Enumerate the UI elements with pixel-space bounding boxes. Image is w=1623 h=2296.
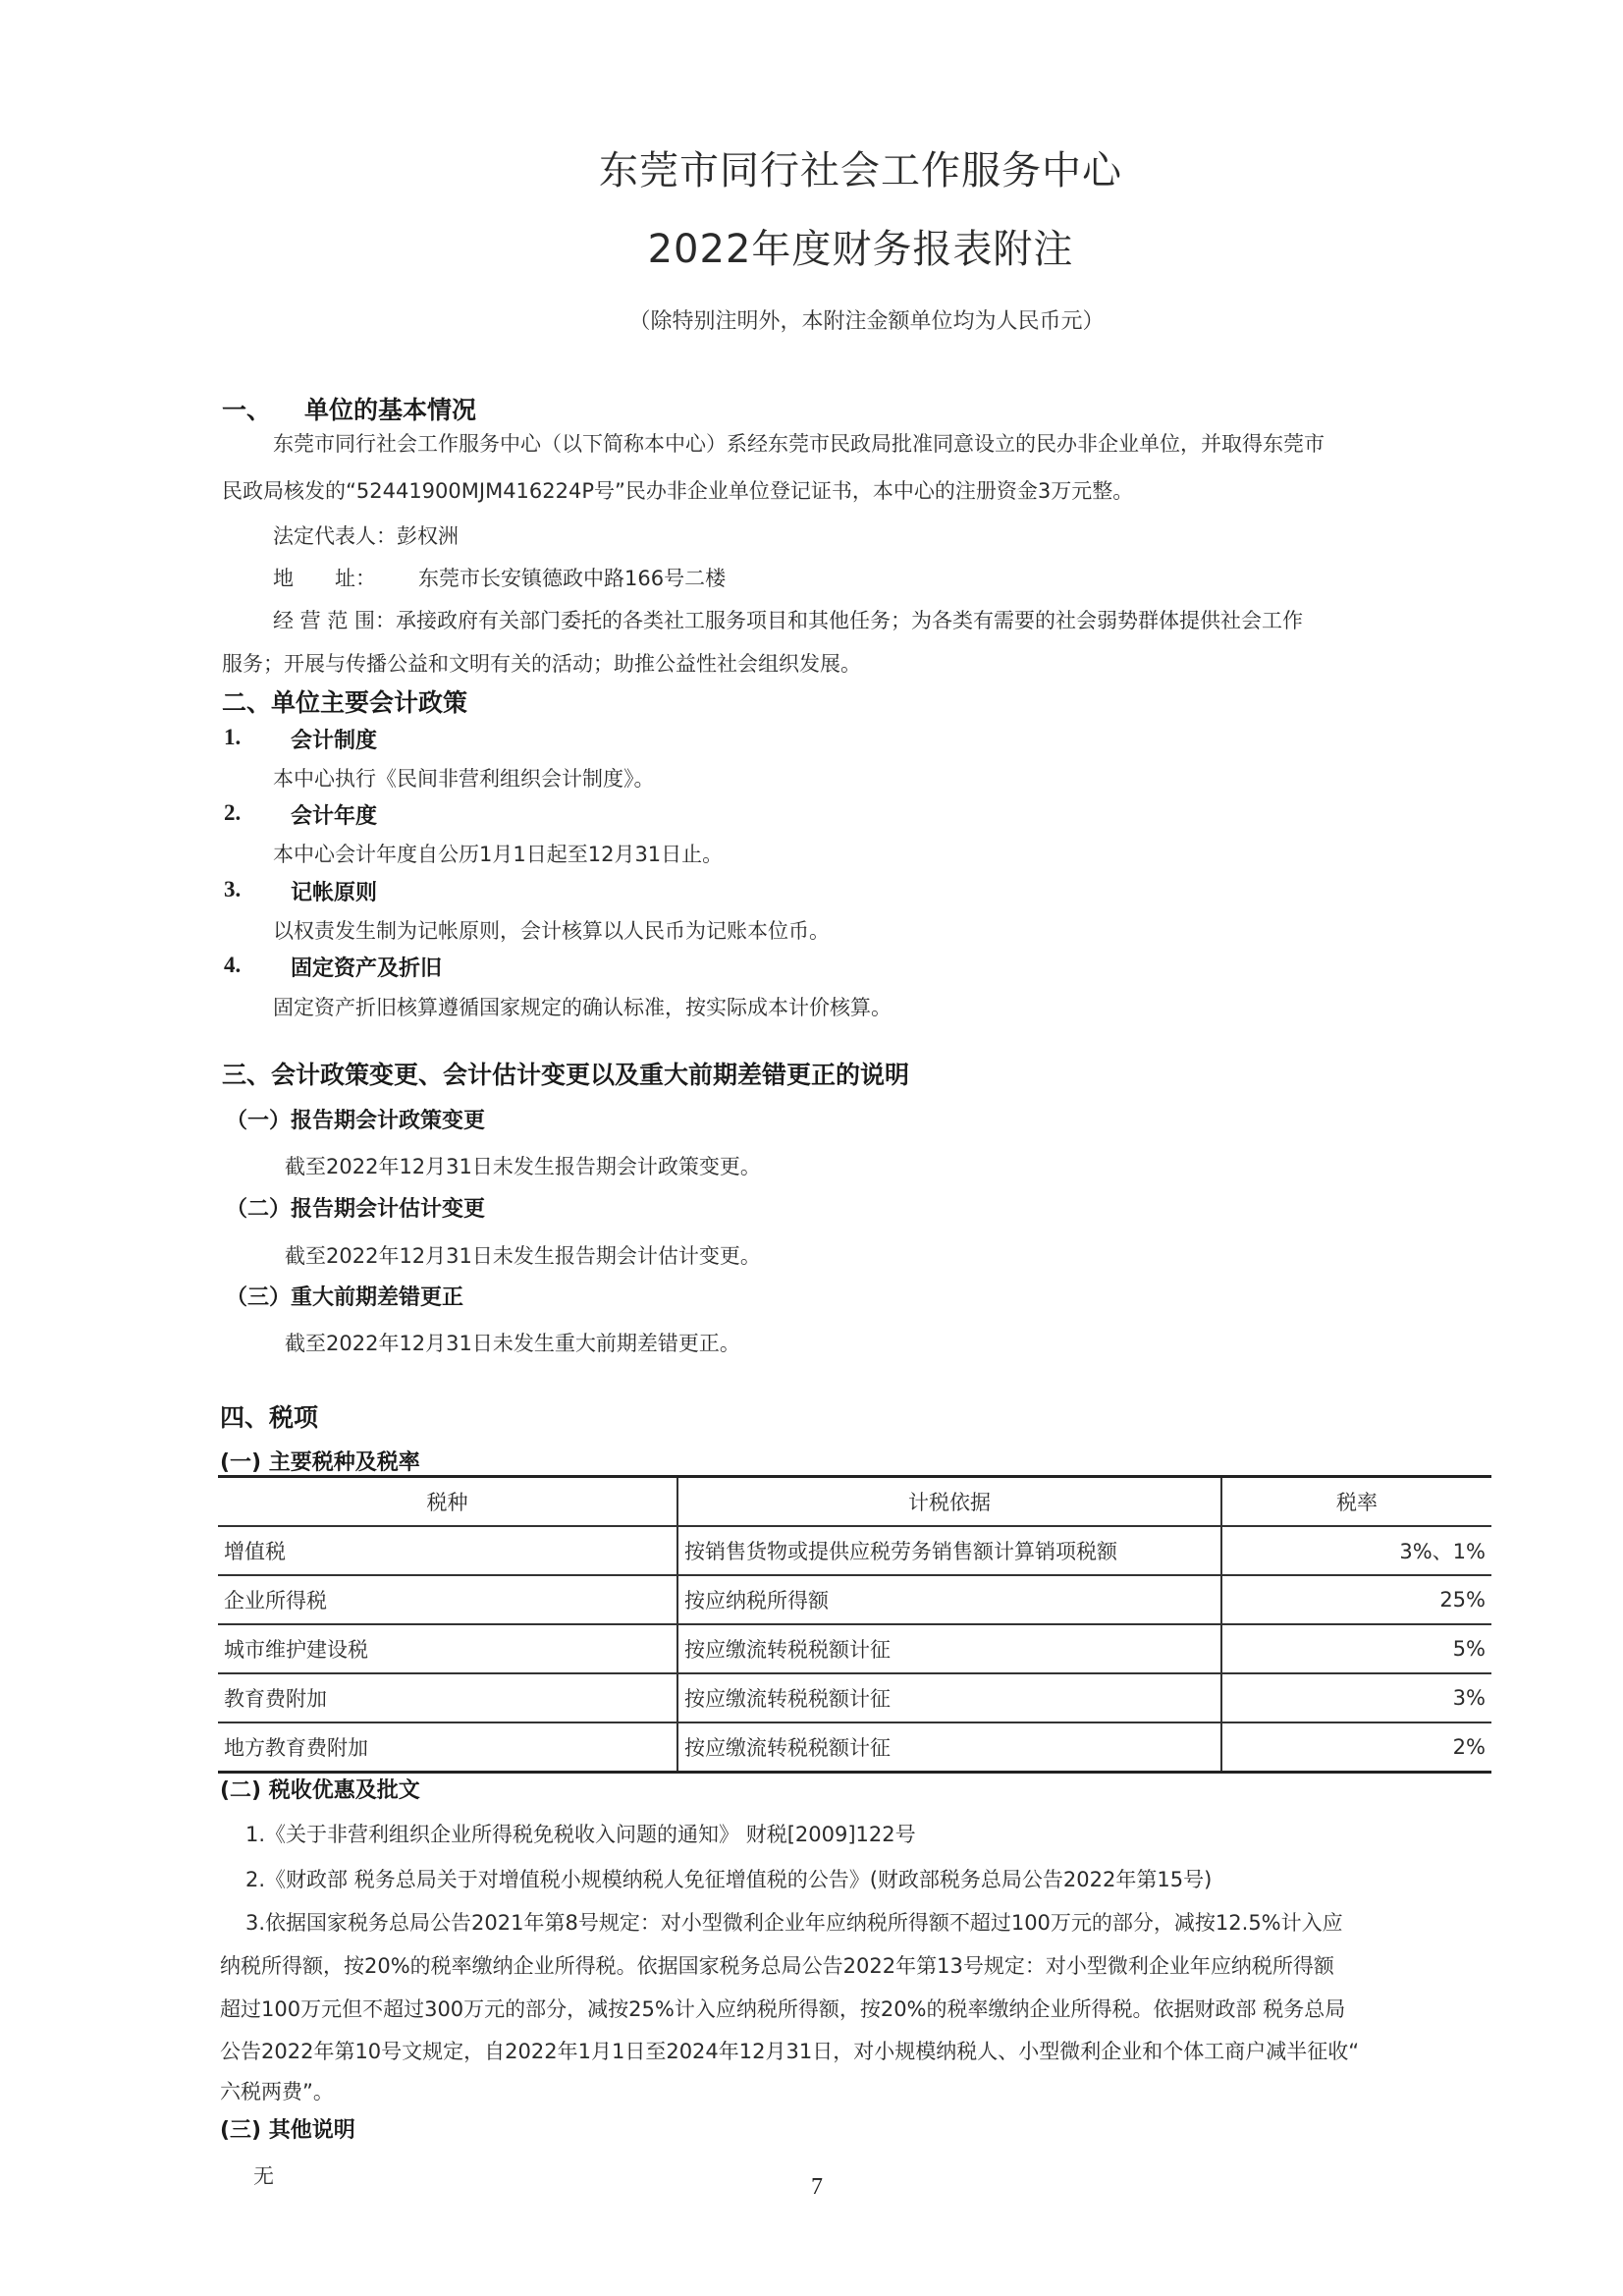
document-title: 东莞市同行社会工作服务中心	[0, 139, 1623, 195]
tax-type-cell: 教育费附加	[218, 1673, 677, 1722]
tax-basis-cell: 按销售货物或提供应税劳务销售额计算销项税额	[677, 1526, 1221, 1575]
policy-1-title: 会计制度	[291, 724, 377, 754]
section3-heading: 三、会计政策变更、会计估计变更以及重大前期差错更正的说明	[222, 1056, 909, 1091]
column-header-tax-rate: 税率	[1221, 1477, 1491, 1527]
tax-basis-cell: 按应缴流转税税额计征	[677, 1624, 1221, 1673]
tax-type-cell: 增值税	[218, 1526, 677, 1575]
policy-2-text: 本中心会计年度自公历1月1日起至12月31日止。	[273, 839, 723, 868]
page-number: 7	[811, 2174, 823, 2201]
tax-preference-3-line3: 超过100万元但不超过300万元的部分，减按25%计入应纳税所得额，按20%的税…	[220, 1994, 1345, 2023]
address-value: 东莞市长安镇德政中路166号二楼	[418, 563, 726, 592]
section1-intro-line2: 民政局核发的“52441900MJM416224P号”民办非企业单位登记证书，本…	[222, 475, 1133, 505]
change-1-text: 截至2022年12月31日未发生报告期会计政策变更。	[285, 1151, 761, 1180]
currency-note: （除特别注明外，本附注金额单位均为人民币元）	[0, 304, 1623, 335]
section1-number: 一、	[222, 391, 271, 426]
table-row: 教育费附加 按应缴流转税税额计征 3%	[218, 1673, 1491, 1722]
policy-4-number: 4.	[224, 953, 241, 978]
change-2-title: （二）报告期会计估计变更	[226, 1192, 485, 1223]
tax-rate-cell: 5%	[1221, 1624, 1491, 1673]
change-3-title: （三）重大前期差错更正	[226, 1281, 463, 1311]
policy-1-text: 本中心执行《民间非营利组织会计制度》。	[273, 763, 655, 793]
tax-type-cell: 城市维护建设税	[218, 1624, 677, 1673]
document-subtitle-year: 2022年度财务报表附注	[0, 218, 1623, 274]
tax-basis-cell: 按应缴流转税税额计征	[677, 1673, 1221, 1722]
policy-3-number: 3.	[224, 877, 241, 902]
document-page: 东莞市同行社会工作服务中心 2022年度财务报表附注 （除特别注明外，本附注金额…	[0, 0, 1623, 2296]
change-2-text: 截至2022年12月31日未发生报告期会计估计变更。	[285, 1240, 761, 1270]
tax-preference-2: 2.《财政部 税务总局关于对增值税小规模纳税人免征增值税的公告》(财政部税务总局…	[245, 1864, 1212, 1893]
change-3-text: 截至2022年12月31日未发生重大前期差错更正。	[285, 1328, 740, 1357]
column-header-tax-type: 税种	[218, 1477, 677, 1527]
tax-rates-subheading: (一) 主要税种及税率	[220, 1446, 420, 1476]
table-row: 增值税 按销售货物或提供应税劳务销售额计算销项税额 3%、1%	[218, 1526, 1491, 1575]
tax-preference-3-line2: 纳税所得额，按20%的税率缴纳企业所得税。依据国家税务总局公告2022年第13号…	[220, 1950, 1334, 1980]
tax-preference-1: 1.《关于非营利组织企业所得税免税收入问题的通知》 财税[2009]122号	[245, 1819, 916, 1848]
section1-intro-line1: 东莞市同行社会工作服务中心（以下简称本中心）系经东莞市民政局批准同意设立的民办非…	[273, 428, 1325, 458]
tax-type-cell: 企业所得税	[218, 1575, 677, 1624]
policy-4-title: 固定资产及折旧	[291, 952, 442, 982]
table-header-row: 税种 计税依据 税率	[218, 1477, 1491, 1527]
legal-representative: 法定代表人：彭权洲	[273, 520, 459, 550]
column-header-tax-basis: 计税依据	[677, 1477, 1221, 1527]
tax-type-cell: 地方教育费附加	[218, 1722, 677, 1773]
table-row: 城市维护建设税 按应缴流转税税额计征 5%	[218, 1624, 1491, 1673]
section4-heading: 四、税项	[220, 1398, 318, 1434]
tax-rate-cell: 25%	[1221, 1575, 1491, 1624]
address-label: 地 址：	[273, 563, 376, 592]
business-scope-line1: 经 营 范 围：承接政府有关部门委托的各类社工服务项目和其他任务；为各类有需要的…	[273, 605, 1303, 634]
tax-rate-cell: 3%、1%	[1221, 1526, 1491, 1575]
policy-3-text: 以权责发生制为记帐原则，会计核算以人民币为记账本位币。	[273, 915, 830, 945]
section2-heading: 二、单位主要会计政策	[222, 683, 467, 719]
other-notes-subheading: (三) 其他说明	[220, 2113, 355, 2144]
section1-heading: 单位的基本情况	[304, 391, 476, 426]
tax-rate-cell: 2%	[1221, 1722, 1491, 1773]
tax-preference-3-line4: 公告2022年第10号文规定，自2022年1月1日至2024年12月31日，对小…	[220, 2036, 1359, 2065]
tax-rate-cell: 3%	[1221, 1673, 1491, 1722]
change-1-title: （一）报告期会计政策变更	[226, 1104, 485, 1134]
business-scope-line2: 服务；开展与传播公益和文明有关的活动；助推公益性社会组织发展。	[222, 648, 861, 678]
policy-4-text: 固定资产折旧核算遵循国家规定的确认标准，按实际成本计价核算。	[273, 992, 892, 1021]
tax-basis-cell: 按应纳税所得额	[677, 1575, 1221, 1624]
policy-2-number: 2.	[224, 800, 241, 826]
table-row: 企业所得税 按应纳税所得额 25%	[218, 1575, 1491, 1624]
policy-3-title: 记帐原则	[291, 876, 377, 906]
table-row: 地方教育费附加 按应缴流转税税额计征 2%	[218, 1722, 1491, 1773]
tax-preferences-subheading: (二) 税收优惠及批文	[220, 1774, 420, 1804]
tax-basis-cell: 按应缴流转税税额计征	[677, 1722, 1221, 1773]
other-notes-text: 无	[253, 2160, 274, 2190]
tax-preference-3-line5: 六税两费”。	[220, 2076, 334, 2105]
tax-rates-table: 税种 计税依据 税率 增值税 按销售货物或提供应税劳务销售额计算销项税额 3%、…	[218, 1475, 1491, 1774]
policy-1-number: 1.	[224, 725, 241, 750]
policy-2-title: 会计年度	[291, 799, 377, 830]
tax-preference-3-line1: 3.依据国家税务总局公告2021年第8号规定：对小型微利企业年应纳税所得额不超过…	[245, 1907, 1343, 1937]
